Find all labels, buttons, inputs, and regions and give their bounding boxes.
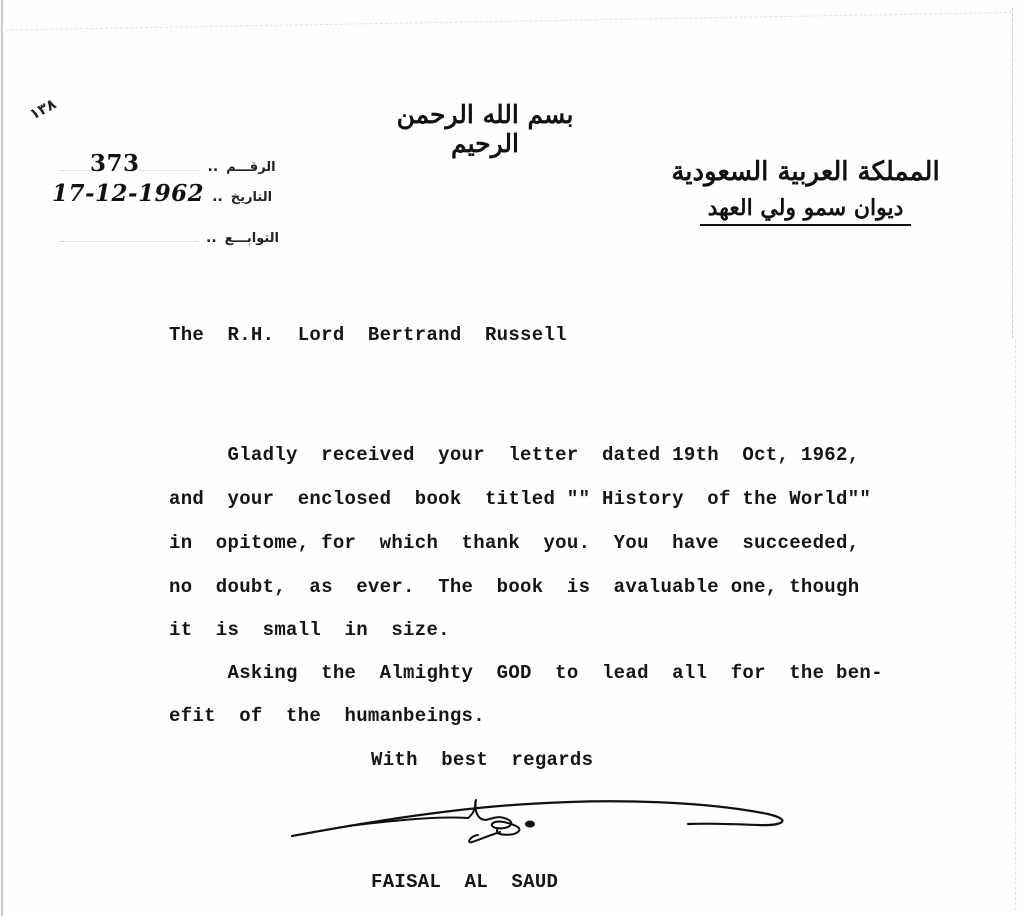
reference-date-value: 17-12-1962 [52,180,204,207]
body-line: in opitome, for which thank you. You hav… [169,532,859,554]
reference-number-field: 373 .. الرقـــم [60,150,276,177]
reference-number-label: الرقـــم [226,160,275,175]
reference-attachments-field: .. التوابـــع [60,230,279,246]
handwritten-signature [288,790,788,850]
page-top-edge [0,12,1012,61]
letter-page: ١٣٨ بسم الله الرحمن الرحيم المملكة العرب… [0,0,1024,916]
body-line: efit of the humanbeings. [169,705,485,727]
body-line: Gladly received your letter dated 19th O… [169,444,859,466]
page-right-edge [1012,8,1013,338]
reference-date-field: 17-12-1962 .. التاريخ [52,180,272,207]
body-line: and your enclosed book titled "" History… [169,488,871,510]
body-line: Asking the Almighty GOD to lead all for … [169,662,883,684]
reference-number-value: 373 [90,150,140,177]
basmala-heading: بسم الله الرحمن الرحيم [385,100,585,158]
closing-salutation: With best regards [371,749,593,771]
office-title: ديوان سمو ولي العهد [700,192,912,226]
addressee: The R.H. Lord Bertrand Russell [169,324,567,346]
reference-attachments-label: التوابـــع [225,231,279,246]
body-line: no doubt, as ever. The book is avaluable… [169,576,859,598]
corner-reference-mark: ١٣٨ [26,95,59,124]
letterhead-crest: المملكة العربية السعودية ديوان سمو ولي ا… [668,152,943,226]
attachments-value [60,240,198,242]
body-line: it is small in size. [169,619,450,641]
kingdom-title: المملكة العربية السعودية [668,152,943,192]
reference-date-label: التاريخ [231,190,272,205]
signatory-name: FAISAL AL SAUD [371,871,558,893]
page-left-edge [1,0,3,916]
page-right-edge-lower [1015,340,1016,910]
